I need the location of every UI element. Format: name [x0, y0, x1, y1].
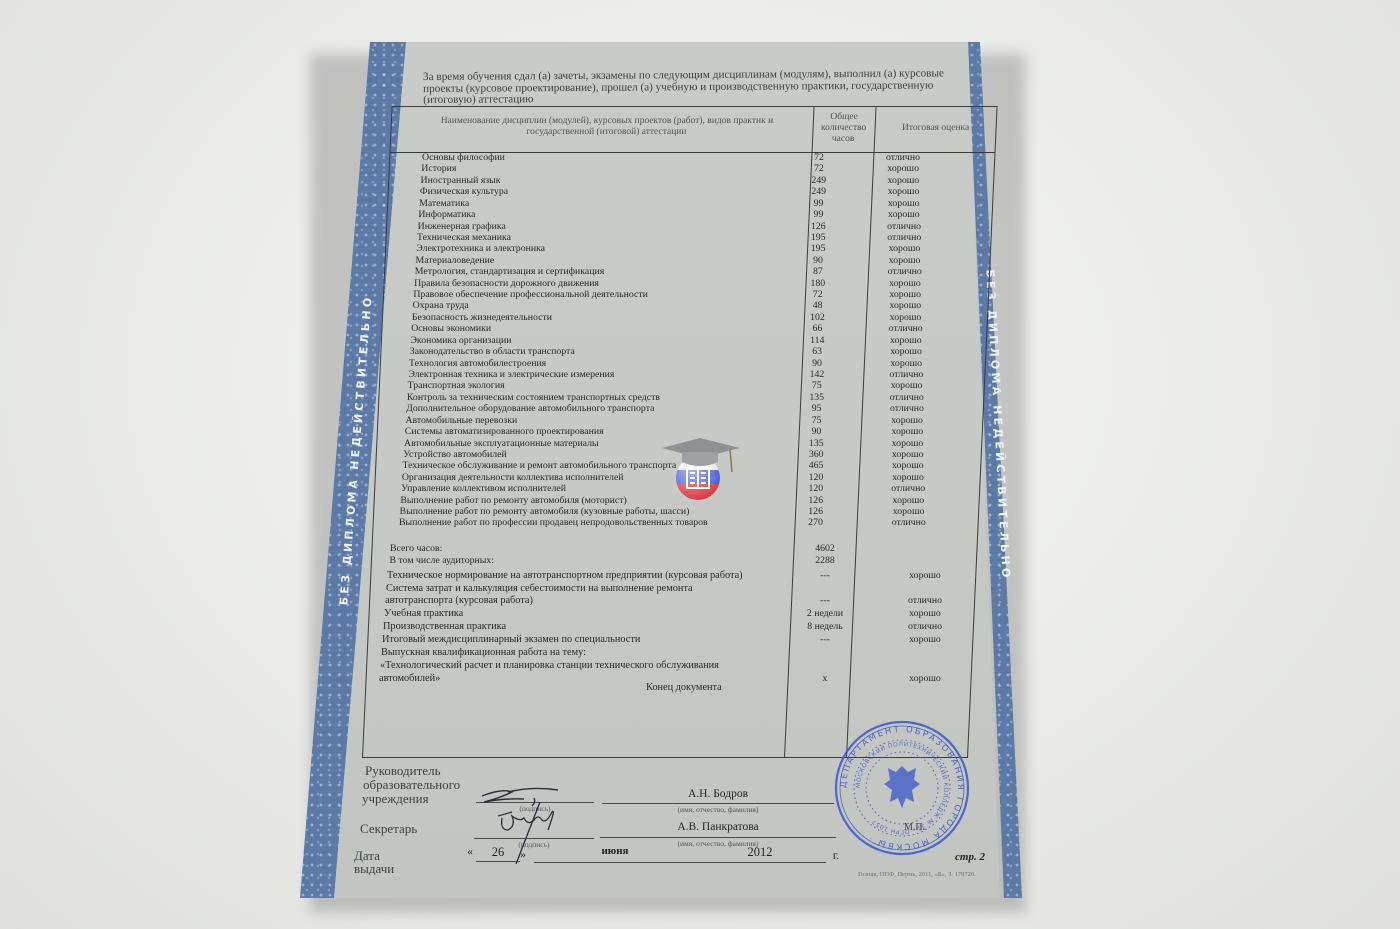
head-name-caption: (имя, отчество, фамилия) — [602, 805, 834, 814]
hours-value: 90 — [788, 255, 848, 266]
grade-value: хорошо — [858, 163, 948, 174]
hours-value: 8 недель — [795, 621, 855, 632]
hours-value: 99 — [788, 209, 848, 220]
printer-imprint: Гознак, ППФ, Пермь, 2011, «Б», З. 179720… — [858, 871, 976, 878]
discipline-name: В том числе аудиторных: — [390, 555, 494, 566]
intro-paragraph: За время обучения сдал (а) зачеты, экзам… — [423, 68, 963, 106]
grade-value: хорошо — [880, 634, 970, 645]
head-label-line-2: образовательного — [363, 778, 460, 791]
header-hours: Общее количество часов — [815, 112, 872, 145]
grade-value: отлично — [864, 517, 954, 528]
discipline-name: Основы философии — [422, 152, 505, 163]
svg-text:М.П.: М.П. — [904, 822, 925, 833]
page-number: стр. 2 — [955, 851, 985, 863]
hours-value: 126 — [788, 221, 848, 232]
hours-value: 4602 — [795, 543, 855, 554]
discipline-name: Физическая культура — [420, 186, 508, 197]
hours-value: --- — [795, 570, 855, 581]
discipline-name: Математика — [419, 198, 469, 209]
hours-value: 72 — [788, 289, 848, 300]
grade-value: отлично — [880, 595, 970, 606]
grade-value: хорошо — [863, 495, 953, 506]
discipline-name: Системы автоматизированного проектирован… — [405, 426, 604, 437]
end-of-document-note: Конец документа — [646, 682, 722, 693]
grade-value: хорошо — [860, 289, 950, 300]
grade-value: хорошо — [860, 278, 950, 289]
hours-value: 87 — [788, 266, 848, 277]
discipline-name: Выпускная квалификационная работа на тем… — [381, 647, 586, 658]
discipline-name: Электронная техника и электрические изме… — [408, 369, 614, 380]
discipline-name: Метрология, стандартизация и сертификаци… — [415, 266, 604, 277]
discipline-name: Техническое нормирование на автотранспор… — [387, 570, 743, 581]
grade-value: хорошо — [861, 312, 951, 323]
hours-value: 120 — [786, 483, 846, 494]
discipline-name: Правовое обеспечение профессиональной де… — [413, 289, 648, 300]
discipline-name: Инженерная графика — [418, 221, 506, 232]
discipline-name: Организация деятельности коллектива испо… — [402, 472, 624, 483]
official-seal-stamp-icon: ДЕПАРТАМЕНТ ОБРАЗОВАНИЯ ГОРОДА МОСКВЫ · … — [832, 718, 972, 858]
hours-value: 126 — [786, 506, 846, 517]
grade-value: хорошо — [864, 506, 954, 517]
hours-value: 195 — [788, 232, 848, 243]
hours-value: 135 — [787, 392, 847, 403]
discipline-name: Иностранный язык — [421, 175, 501, 186]
hours-value: x — [795, 673, 855, 684]
discipline-name: Итоговый междисциплинарный экзамен по сп… — [382, 634, 640, 645]
grade-value: хорошо — [863, 472, 953, 483]
hours-value: 270 — [786, 517, 846, 528]
grade-value: хорошо — [863, 438, 953, 449]
discipline-name: «Технологический расчет и планировка ста… — [380, 660, 719, 671]
grade-value: отлично — [860, 266, 950, 277]
grade-value: хорошо — [861, 346, 951, 357]
grade-value: отлично — [880, 621, 970, 632]
grade-value: хорошо — [860, 300, 950, 311]
hours-value: 135 — [786, 438, 846, 449]
discipline-name: Дополнительное оборудование автомобильно… — [406, 403, 654, 414]
hours-value: 360 — [786, 449, 846, 460]
secretary-name: А.В. Панкратова — [600, 821, 836, 833]
grade-value: отлично — [862, 403, 952, 414]
grade-value: отлично — [863, 483, 953, 494]
head-label-line-3: учреждения — [362, 792, 429, 805]
grade-value: хорошо — [863, 449, 953, 460]
grade-value: отлично — [861, 369, 951, 380]
hours-value: 2288 — [795, 555, 855, 566]
discipline-name: Правила безопасности дорожного движения — [414, 278, 599, 289]
grade-value: отлично — [862, 392, 952, 403]
grade-value: отлично — [859, 232, 949, 243]
grade-value: отлично — [859, 221, 949, 232]
discipline-name: Безопасность жизнедеятельности — [412, 312, 552, 323]
discipline-name: Управление коллективом исполнителей — [401, 483, 566, 494]
discipline-name: Автомобильные эксплуатационные материалы — [404, 438, 599, 449]
head-label-line-1: Руководитель — [365, 764, 441, 777]
hours-value: --- — [795, 634, 855, 645]
hours-value: 465 — [786, 460, 846, 471]
discipline-name: Выполнение работ по ремонту автомобиля (… — [400, 495, 626, 506]
grade-value: хорошо — [880, 673, 970, 684]
handwritten-signatures-icon — [472, 768, 602, 868]
grade-value: хорошо — [860, 255, 950, 266]
hours-value: 90 — [786, 426, 846, 437]
discipline-name: Техническая механика — [417, 232, 511, 243]
grade-value: хорошо — [859, 209, 949, 220]
discipline-name: Контроль за техническим состоянием транс… — [407, 392, 660, 403]
discipline-name: автотранспорта (курсовая работа) — [385, 595, 533, 606]
hours-value: 66 — [787, 323, 847, 334]
grade-value: хорошо — [862, 415, 952, 426]
hours-value: 2 недели — [795, 608, 855, 619]
graduation-cap-logo-icon — [660, 424, 742, 504]
hours-value: 114 — [787, 335, 847, 346]
discipline-name: Система затрат и калькуляция себестоимос… — [386, 583, 693, 594]
discipline-name: Выполнение работ по профессии продавец н… — [399, 517, 708, 528]
discipline-name: Выполнение работ по ремонту автомобиля (… — [400, 506, 690, 517]
discipline-name: Экономика организации — [410, 335, 511, 346]
discipline-name: Электротехника и электроника — [416, 243, 545, 254]
secretary-name-line — [600, 837, 836, 838]
discipline-name: Учебная практика — [384, 608, 463, 619]
hours-value: 102 — [787, 312, 847, 323]
discipline-name: Материаловедение — [416, 255, 495, 266]
hours-value: 249 — [789, 186, 849, 197]
hours-value: 95 — [787, 403, 847, 414]
discipline-name: Технология автомобилестроения — [409, 358, 546, 369]
head-name: А.Н. Бодров — [602, 788, 834, 800]
discipline-name: Автомобильные перевозки — [405, 415, 517, 426]
grade-value: отлично — [858, 152, 948, 163]
grade-value: хорошо — [859, 198, 949, 209]
secretary-label: Секретарь — [360, 822, 417, 835]
grade-value: хорошо — [861, 358, 951, 369]
hours-value: 75 — [787, 415, 847, 426]
hours-value: 249 — [789, 175, 849, 186]
hours-value: 99 — [789, 198, 849, 209]
discipline-name: Законодательство в области транспорта — [410, 346, 575, 357]
grade-value: хорошо — [880, 608, 970, 619]
discipline-name: Производственная практика — [383, 621, 506, 632]
grade-value: хорошо — [861, 335, 951, 346]
head-name-line — [602, 803, 834, 804]
discipline-name: Информатика — [418, 209, 475, 220]
hours-value: 126 — [786, 495, 846, 506]
hours-value: 63 — [787, 346, 847, 357]
discipline-name: История — [421, 163, 456, 174]
grade-value: хорошо — [859, 243, 949, 254]
header-discipline: Наименование дисциплин (модулей), курсов… — [431, 116, 782, 138]
hours-value: 120 — [786, 472, 846, 483]
discipline-name: Охрана труда — [413, 300, 469, 311]
discipline-name: Основы экономики — [411, 323, 491, 334]
header-grade: Итоговая оценка — [877, 123, 993, 134]
hours-value: 195 — [788, 243, 848, 254]
hours-value: 75 — [787, 380, 847, 391]
grade-value: отлично — [861, 323, 951, 334]
discipline-name: Транспортная экология — [408, 380, 505, 391]
grade-value: хорошо — [862, 426, 952, 437]
hours-value: 90 — [787, 358, 847, 369]
hours-value: 72 — [789, 163, 849, 174]
hours-value: --- — [795, 595, 855, 606]
issue-year: 2012 — [700, 845, 820, 860]
discipline-name: Техническое обслуживание и ремонт автомо… — [403, 460, 677, 471]
discipline-name: Устройство автомобилей — [403, 449, 506, 460]
grade-value: хорошо — [880, 570, 970, 581]
grade-value: хорошо — [858, 175, 948, 186]
discipline-name: Всего часов: — [390, 543, 442, 554]
hours-value: 180 — [788, 278, 848, 289]
hours-value: 72 — [789, 152, 849, 163]
grade-value: хорошо — [859, 186, 949, 197]
grade-value: хорошо — [863, 460, 953, 471]
issue-date-label: Дата выдачи — [354, 849, 394, 875]
discipline-name: автомобилей» — [379, 673, 440, 684]
grade-value: хорошо — [862, 380, 952, 391]
hours-value: 48 — [788, 300, 848, 311]
hours-value: 142 — [787, 369, 847, 380]
